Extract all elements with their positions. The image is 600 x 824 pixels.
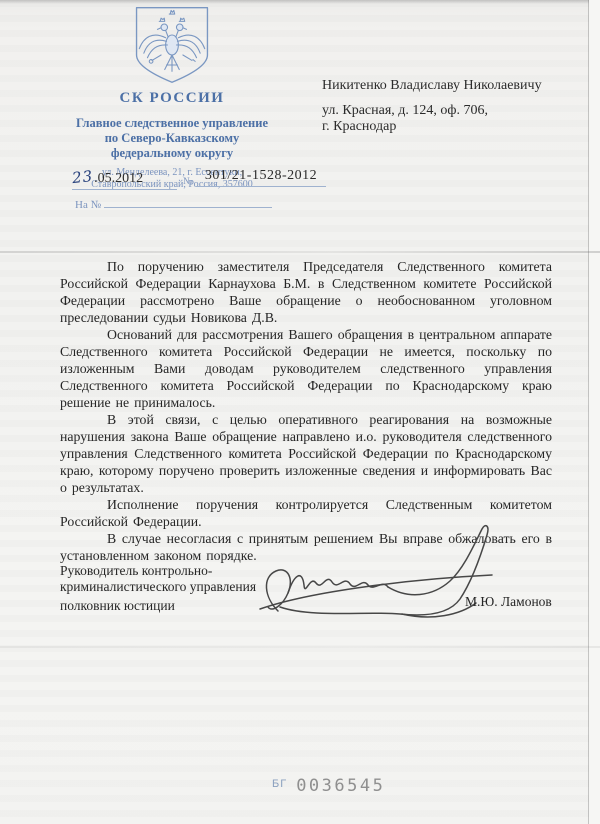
fold-crease [0,251,600,253]
body-paragraph-1: По поручению заместителя Председателя Сл… [60,258,552,326]
reply-reference-row: На № [75,195,335,211]
org-name-line: Главное следственное управление [52,116,292,131]
date-day-handwritten: 23 [71,167,94,187]
stamp-series: БГ [272,778,287,790]
recipient-address-line1: ул. Красная, д. 124, оф. 706, [322,103,572,119]
signer-name: М.Ю. Ламонов [465,594,552,610]
handwritten-signature-icon [252,519,522,651]
date-field: 23.05.2012 [72,168,177,190]
body-paragraph-3: В этой связи, с целью оперативного реаги… [60,411,552,496]
recipient-block: Никитенко Владиславу Николаевичу ул. Кра… [322,78,572,134]
body-paragraph-2: Оснований для рассмотрения Вашего обраще… [60,326,552,411]
org-name-line: федеральному округу [52,146,292,161]
reply-number-blank-line [104,195,272,208]
letterhead: СК РОССИИ Главное следственное управлени… [52,3,292,190]
signature-block: Руководитель контрольно- криминалистичес… [60,563,554,673]
reply-number-label: На № [75,199,101,211]
date-number-row: 23.05.2012 № 301/21-1528-2012 [60,168,310,194]
recipient-address-line2: г. Краснодар [322,119,572,135]
number-sign: № [183,176,193,187]
org-name-short: СК РОССИИ [52,90,292,107]
stamp-number: 0036545 [296,776,385,796]
scan-right-margin [589,0,600,824]
form-stamp: БГ0036545 [272,776,385,796]
recipient-name: Никитенко Владиславу Николаевичу [322,78,572,94]
scanned-letter-page: СК РОССИИ Главное следственное управлени… [0,0,600,824]
paper-edge-line [588,0,589,824]
date-typed: .05.2012 [94,171,143,186]
double-headed-eagle-shield-icon [122,3,222,87]
outgoing-number: 301/21-1528-2012 [196,168,326,187]
org-name-line: по Северо-Кавказскому [52,131,292,146]
